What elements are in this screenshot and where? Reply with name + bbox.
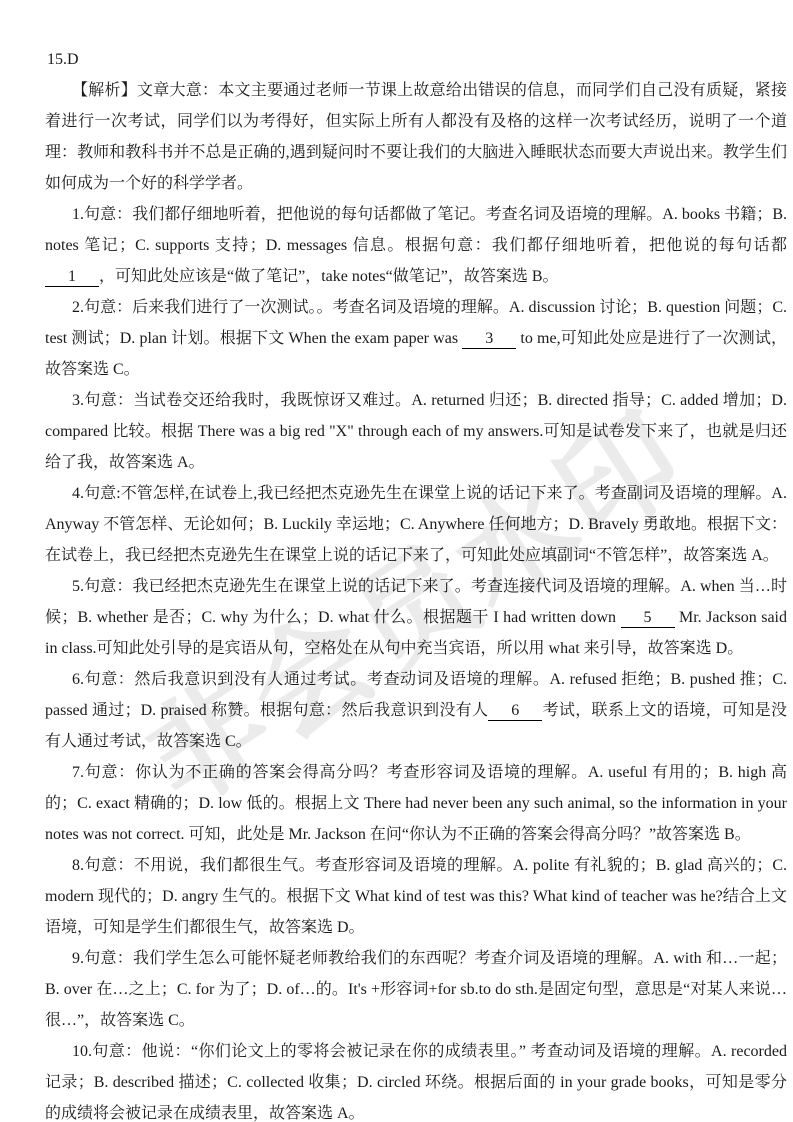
blank-number: 3 — [462, 330, 516, 349]
explanation-paragraph: 4.句意:不管怎样,在试卷上,我已经把杰克逊先生在课堂上说的话记下来了。考查副词… — [45, 478, 787, 571]
paragraph-text: 9.句意：我们学生怎么可能怀疑老师教给我们的东西呢？考查介词及语境的理解。A. … — [45, 950, 787, 1029]
document-content: 15.D 【解析】文章大意：本文主要通过老师一节课上故意给出错误的信息，而同学们… — [45, 44, 787, 1122]
paragraphs: 【解析】文章大意：本文主要通过老师一节课上故意给出错误的信息，而同学们自己没有质… — [45, 75, 787, 1122]
answer-line: 15.D — [47, 44, 787, 75]
paragraph-text: ，可知此处应该是“做了笔记”，take notes“做笔记”，故答案选 B。 — [99, 268, 559, 285]
paragraph-text: 7.句意：你认为不正确的答案会得高分吗？考查形容词及语境的理解。A. usefu… — [45, 764, 787, 843]
paragraph-text: 10.句意：他说：“你们论文上的零将会被记录在你的成绩表里。” 考查动词及语境的… — [45, 1043, 787, 1122]
explanation-paragraph: 9.句意：我们学生怎么可能怀疑老师教给我们的东西呢？考查介词及语境的理解。A. … — [45, 943, 787, 1036]
blank-number: 1 — [45, 268, 99, 287]
explanation-paragraph: 1.句意：我们都仔细地听着，把他说的每句话都做了笔记。考查名词及语境的理解。A.… — [45, 199, 787, 292]
blank-number: 6 — [488, 702, 542, 721]
paragraph-text: 【解析】文章大意：本文主要通过老师一节课上故意给出错误的信息，而同学们自己没有质… — [45, 82, 787, 192]
explanation-paragraph: 6.句意：然后我意识到没有人通过考试。考查动词及语境的理解。A. refused… — [45, 664, 787, 757]
blank-number: 5 — [621, 609, 675, 628]
analysis-paragraph: 【解析】文章大意：本文主要通过老师一节课上故意给出错误的信息，而同学们自己没有质… — [45, 75, 787, 199]
document-page: 非会员水印 15.D 【解析】文章大意：本文主要通过老师一节课上故意给出错误的信… — [0, 0, 793, 1122]
paragraph-text: 8.句意：不用说，我们都很生气。考查形容词及语境的理解。A. polite 有礼… — [45, 857, 787, 936]
paragraph-text: 1.句意：我们都仔细地听着，把他说的每句话都做了笔记。考查名词及语境的理解。A.… — [45, 206, 787, 254]
explanation-paragraph: 5.句意：我已经把杰克逊先生在课堂上说的话记下来了。考查连接代词及语境的理解。A… — [45, 571, 787, 664]
explanation-paragraph: 3.句意：当试卷交还给我时，我既惊讶又难过。A. returned 归还；B. … — [45, 385, 787, 478]
explanation-paragraph: 2.句意：后来我们进行了一次测试。。考查名词及语境的理解。A. discussi… — [45, 292, 787, 385]
paragraph-text: 3.句意：当试卷交还给我时，我既惊讶又难过。A. returned 归还；B. … — [45, 392, 787, 471]
explanation-paragraph: 7.句意：你认为不正确的答案会得高分吗？考查形容词及语境的理解。A. usefu… — [45, 757, 787, 850]
paragraph-text: 4.句意:不管怎样,在试卷上,我已经把杰克逊先生在课堂上说的话记下来了。考查副词… — [45, 485, 787, 564]
explanation-paragraph: 10.句意：他说：“你们论文上的零将会被记录在你的成绩表里。” 考查动词及语境的… — [45, 1036, 787, 1122]
explanation-paragraph: 8.句意：不用说，我们都很生气。考查形容词及语境的理解。A. polite 有礼… — [45, 850, 787, 943]
